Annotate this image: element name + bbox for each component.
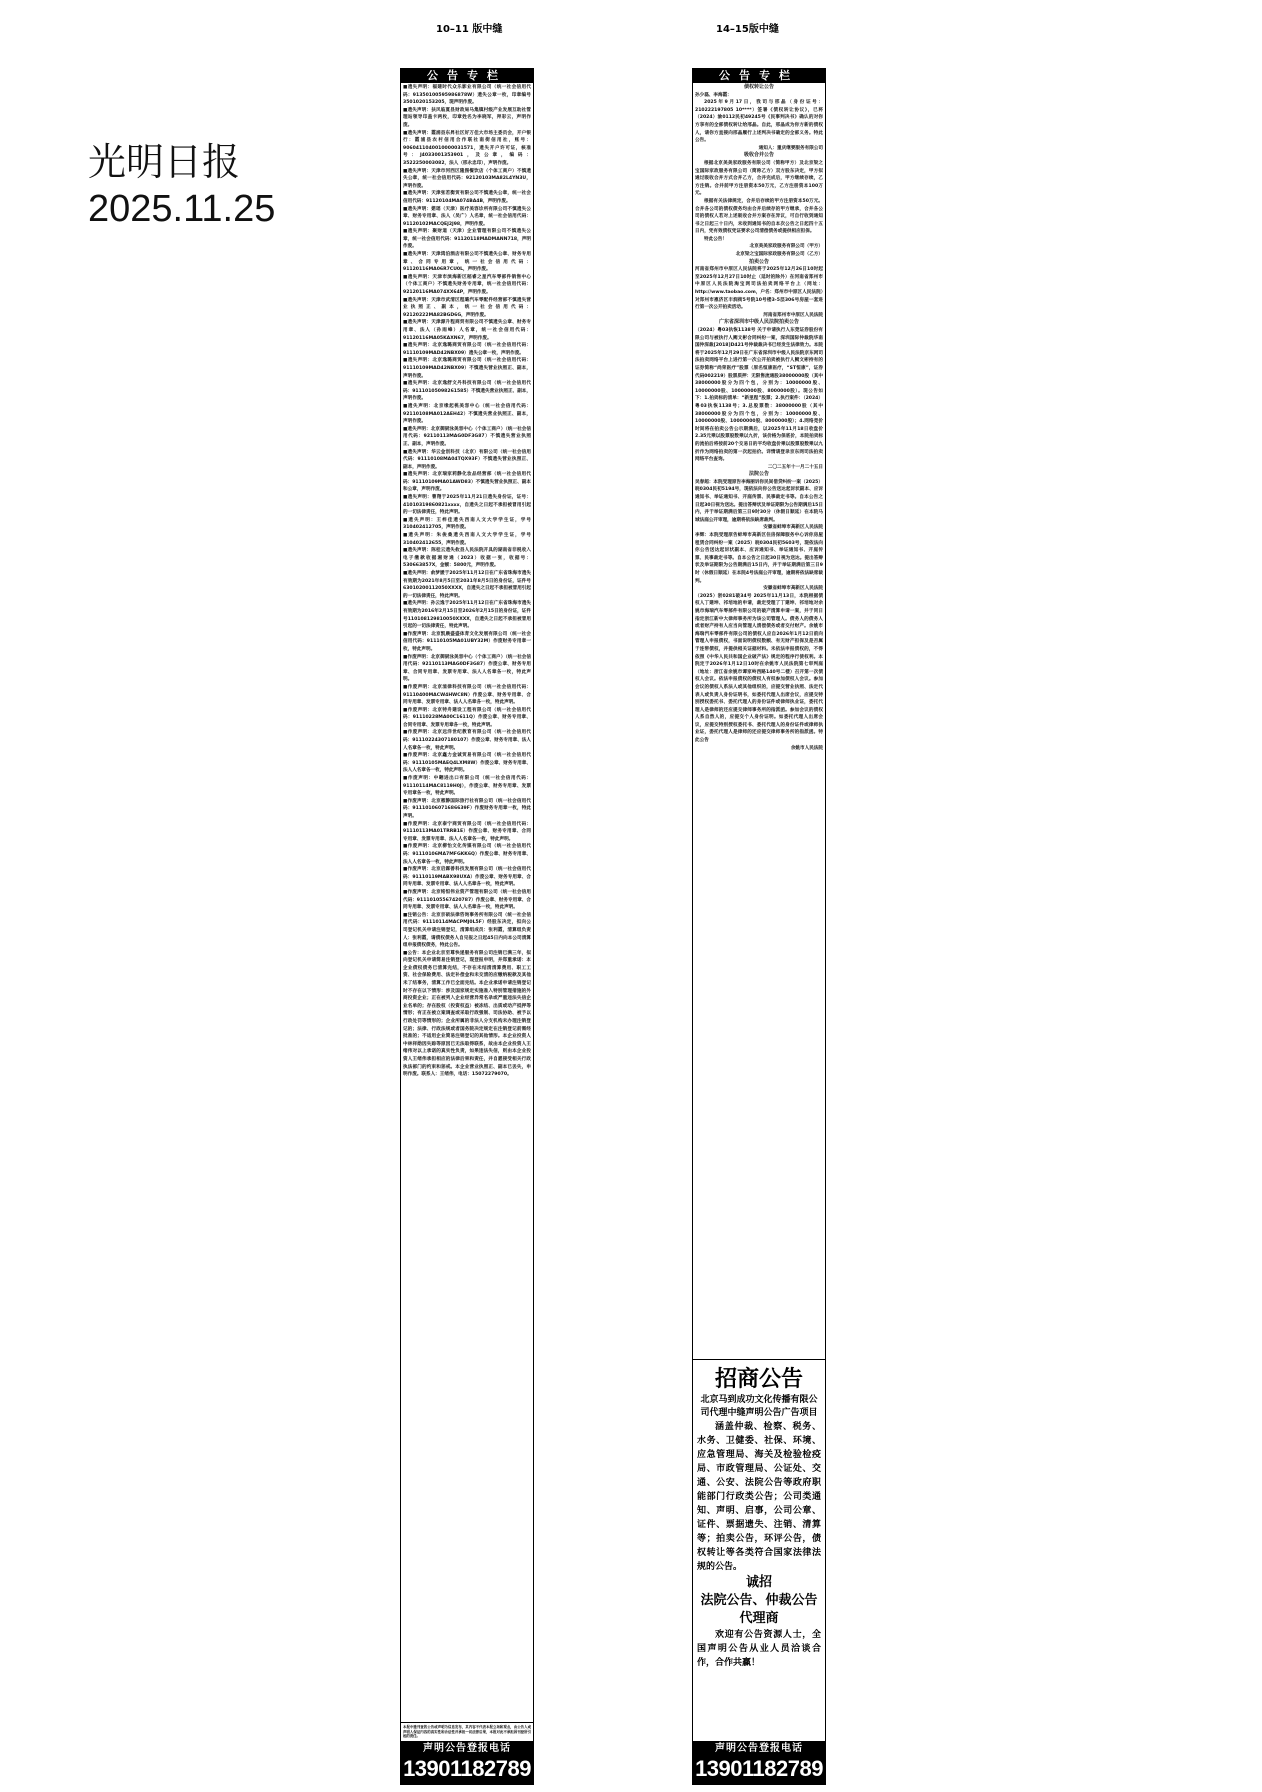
notice-item: ■遗失声明：天津市武清区程璐汽车零配件经营部不慎遗失营业执照正、副本，统一社会信… xyxy=(403,297,531,320)
notice-paragraph: 根据北京美美家政服务有限公司（简称甲方）及北京梁之宝国际家政服务有限公司（简称乙… xyxy=(695,160,823,198)
phone-number: 13901182789 xyxy=(693,1757,825,1781)
notice-item: ■作废声明：北京特舟建设工程有限公司（统一社会信用代码：91110228MA00… xyxy=(403,707,531,730)
notice-item: ■遗失声明：扶风临夏县财政局马集镇村级产业发展互助社管理站领导印盖卡两枚，印章姓… xyxy=(403,107,531,130)
notice-paragraph: 孙少磊、李海霞： xyxy=(695,92,823,100)
phone-number: 13901182789 xyxy=(401,1757,533,1781)
notice-item: ■作废声明：中翱进出口有限公司（统一社会信用代码：91110114MAC8119… xyxy=(403,775,531,798)
disclaimer: 本报中缝刊登的公告或声明为信息发布，其内容不代表本报立场和观点，由公告人或声明人… xyxy=(401,1722,533,1741)
notice-item: ■遗失声明：霞浦县东昇社区好万佳大市场主委员会，开户银行：霞浦县农村信用合作联社… xyxy=(403,130,531,168)
notice-item: ■作废声明：北京泰宁商贸有限公司（统一社会信用代码：91110113MA01TR… xyxy=(403,821,531,844)
notice-column-left: 公告专栏 ■遗失声明：福建时代众乐影业有限公司（统一社会信用代码：9135010… xyxy=(400,68,534,1785)
notice-item: ■遗失声明：天津张若衡贸有限公司不慎遗失公章，统一社会信用代码：91120104… xyxy=(403,190,531,205)
notice-paragraph: 特此公告！ xyxy=(695,236,823,244)
notice-list: 债权转让公告孙少磊、李海霞：2025年9月17日，我司与邢晶（身份证号：2102… xyxy=(693,83,825,1355)
notice-item: ■遗失声明：天津市河西区隆图餐饮店（个体工商户）不慎遗失公章，统一社会信用代码：… xyxy=(403,168,531,191)
notice-item: ■遗失声明：北京御厨泳美容中心（个体工商户）（统一社会信用代码：92110113… xyxy=(403,426,531,449)
notice-item: ■作废声明：北京惠静国际旅行社有限公司（统一社会信用代码：91110106071… xyxy=(403,798,531,821)
notice-paragraph: 余姚市人民法院 xyxy=(695,745,823,753)
ad-subtitle: 北京马到成功文化传播有限公司代理中缝声明公告广告项目 xyxy=(697,1394,821,1420)
notice-title: 吸收合并公告 xyxy=(695,152,823,160)
phone-box: 声明公告登报电话 13901182789 xyxy=(693,1741,825,1784)
publication-date: 2025.11.25 xyxy=(88,186,275,232)
notice-item: ■作废声明：北京凯晨盛盛体育文化发展有限公司（统一社会信用代码：91110105… xyxy=(403,631,531,654)
notice-paragraph: 李辉：本院受理原告蚌埠市高新区住房保障服务中心诉你房屋租赁合同纠纷一案（2025… xyxy=(695,532,823,585)
notice-item: ■作废声明：北京远洋世纪教育有限公司（统一社会信用代码：911102243071… xyxy=(403,729,531,752)
masthead: 光明日报 2025.11.25 xyxy=(88,140,275,232)
notice-paragraph: （2025）浙0281破34号 2025年11月13日，本院根据债权人丁建坤、祁… xyxy=(695,593,823,745)
notice-item: ■遗失声明：孙云逸于2025年11月12日在广东省珠海市遗失有效期为2016年2… xyxy=(403,600,531,630)
notice-paragraph: 2025年9月17日，我司与邢晶（身份证号：210222197805 10***… xyxy=(695,99,823,145)
notice-item: ■遗失声明：俞梦媛于2025年11月12日在广东省珠海市遗失有效期为2021年8… xyxy=(403,570,531,600)
seam-label-right: 14–15版中缝 xyxy=(716,20,779,35)
notice-item: ■作废声明：北京鑫力金诚贸易有限公司（统一社会信用代码：91110105MAEQ… xyxy=(403,752,531,775)
notice-column-right: 公告专栏 债权转让公告孙少磊、李海霞：2025年9月17日，我司与邢晶（身份证号… xyxy=(692,68,826,1785)
newspaper-title: 光明日报 xyxy=(88,140,275,186)
phone-title: 声明公告登报电话 xyxy=(693,1741,825,1757)
seam-label-left: 10–11 版中缝 xyxy=(436,20,502,35)
notice-item: ■遗失声明：福建时代众乐影业有限公司（统一社会信用代码：913501005959… xyxy=(403,84,531,107)
notice-title: 债权转让公告 xyxy=(695,84,823,92)
column-header: 公告专栏 xyxy=(693,69,825,83)
notice-item: ■遗失声明：北京缘起桃美容中心（统一社会信用代码：92110108MA012AE… xyxy=(403,403,531,426)
notice-list: ■遗失声明：福建时代众乐影业有限公司（统一社会信用代码：913501005959… xyxy=(401,83,533,1080)
notice-item: ■作废声明：北京启霖善科技发展有限公司（统一社会信用代码：91110119MAB… xyxy=(403,866,531,889)
ad-recruit-role: 代理商 xyxy=(697,1610,821,1628)
ad-recruit: 诚招 xyxy=(697,1574,821,1592)
notice-item: ■遗失声明：曹翔于2025年11月21日遗失身份证，证号：41010319860… xyxy=(403,494,531,517)
notice-title: 法院公告 xyxy=(695,471,823,479)
notice-paragraph: 河南省郑州市中原区人民法院将于2025年12月26日10时起至2025年12月2… xyxy=(695,266,823,312)
ad-welcome: 欢迎有公告资源人士，全国声明公告从业人员洽谈合作，合作共赢！ xyxy=(697,1628,821,1670)
recruit-ad: 招商公告 北京马到成功文化传播有限公司代理中缝声明公告广告项目 涵盖仲裁、检察、… xyxy=(693,1359,825,1670)
notice-title: 拍卖公告 xyxy=(695,259,823,267)
ad-recruit-line: 法院公告、仲裁公告 xyxy=(697,1592,821,1610)
notice-item: ■遗失声明：王梓佳遗失西南人文大学学生证，学号310402412705，声明作废… xyxy=(403,517,531,532)
notice-item: ■公告：本企业北京至尊快递服务有限公司注销已满三年，拟向登记机关申请简易注销登记… xyxy=(403,950,531,1079)
notice-item: ■遗失声明：北京逸璐商贸有限公司（统一社会信用代码：91110109MAD42N… xyxy=(403,342,531,357)
notice-item: ■遗失声明：北京逸璐商贸有限公司（统一社会信用代码：91110109MAD42N… xyxy=(403,357,531,380)
notice-paragraph: 安徽省蚌埠市高新区人民法院 xyxy=(695,524,823,532)
notice-item: ■作废声明：北京柳怡文化传媒有限公司（统一社会信用代码：91110106MA7M… xyxy=(403,843,531,866)
notice-item: ■遗失声明：天津源升程商贸有限公司不慎遗失公章、财务专用章、法人（孙雨峰）人名章… xyxy=(403,319,531,342)
notice-item: ■遗失声明：聚财道（天津）企业管理有限公司不慎遗失公章，统一社会信用代码：911… xyxy=(403,228,531,251)
notice-paragraph: 吴春超：本院受理原告李海丽诉你民间借贷纠纷一案（2025）皖0304民初5194… xyxy=(695,479,823,525)
notice-paragraph: 北京梁之宝国际家政服务有限公司（乙方） xyxy=(695,251,823,259)
notice-item: ■遗失声明：北京瑞家莉静化妆品经营部（统一社会信用代码：91110109MA01… xyxy=(403,471,531,494)
notice-item: ■遗失声明：朱俊桑遗失西南人文大学学生证，学号310402412655，声明作废… xyxy=(403,532,531,547)
notice-item: ■遗失声明：华云金创科技（北京）有限公司（统一社会信用代码：91110108MA… xyxy=(403,449,531,472)
notice-item: ■遗失声明：天津市滨海新区稻睿之星汽车零部件销售中心（个体工商户）不慎遗失财务专… xyxy=(403,274,531,297)
notice-item: ■遗失声明：陈桂云遗失攸县人民法院开具的湖南省非税收入电子缴款收据湘财通（202… xyxy=(403,547,531,570)
notice-title: 广东省深圳市中级人民法院拍卖公告 xyxy=(695,319,823,327)
notice-item: ■遗失声明：天津鸿泊酒店有限公司不慎遗失公章、财务专用章、合同专用章，统一社会信… xyxy=(403,251,531,274)
notice-item: ■作废声明：北京铭恒伟业资产管理有限公司（统一社会信用代码：9111010556… xyxy=(403,889,531,912)
notice-item: ■遗失声明：北京逸舒文丹科技有限公司（统一社会信用代码：911101050982… xyxy=(403,380,531,403)
phone-box: 本报中缝刊登的公告或声明为信息发布，其内容不代表本报立场和观点，由公告人或声明人… xyxy=(401,1722,533,1784)
notice-item: ■注销公告：北京京硕法律咨询事务所有限公司（统一社会信用代码：91110114M… xyxy=(403,912,531,950)
ad-title: 招商公告 xyxy=(697,1364,821,1394)
notice-item: ■作废声明：北京御厨泳美容中心（个体工商户）（统一社会信用代码：92110113… xyxy=(403,654,531,684)
notice-paragraph: 安徽省蚌埠市高新区人民法院 xyxy=(695,585,823,593)
notice-item: ■作废声明：北京渲律科技有限公司（统一社会信用代码：91110400MACW4H… xyxy=(403,684,531,707)
column-header: 公告专栏 xyxy=(401,69,533,83)
ad-body: 涵盖仲裁、检察、税务、水务、卫健委、社保、环境、应急管理局、海关及检验检疫局、市… xyxy=(697,1420,821,1574)
phone-title: 声明公告登报电话 xyxy=(401,1741,533,1757)
notice-paragraph: （2024）粤03执恢1138号 关于申请执行人东莞证券股份有限公司与被执行人阙… xyxy=(695,327,823,464)
notice-paragraph: 北京美美家政服务有限公司（甲方） xyxy=(695,243,823,251)
notice-paragraph: 根据有关法律规定，合并后存续的甲方注册资本50万元。合并各公司的债权债务均由合并… xyxy=(695,198,823,236)
notice-item: ■遗失声明：婼瑶（天津）医疗美容诊所有限公司不慎遗失公章、财务专用章、法人（吴广… xyxy=(403,206,531,229)
